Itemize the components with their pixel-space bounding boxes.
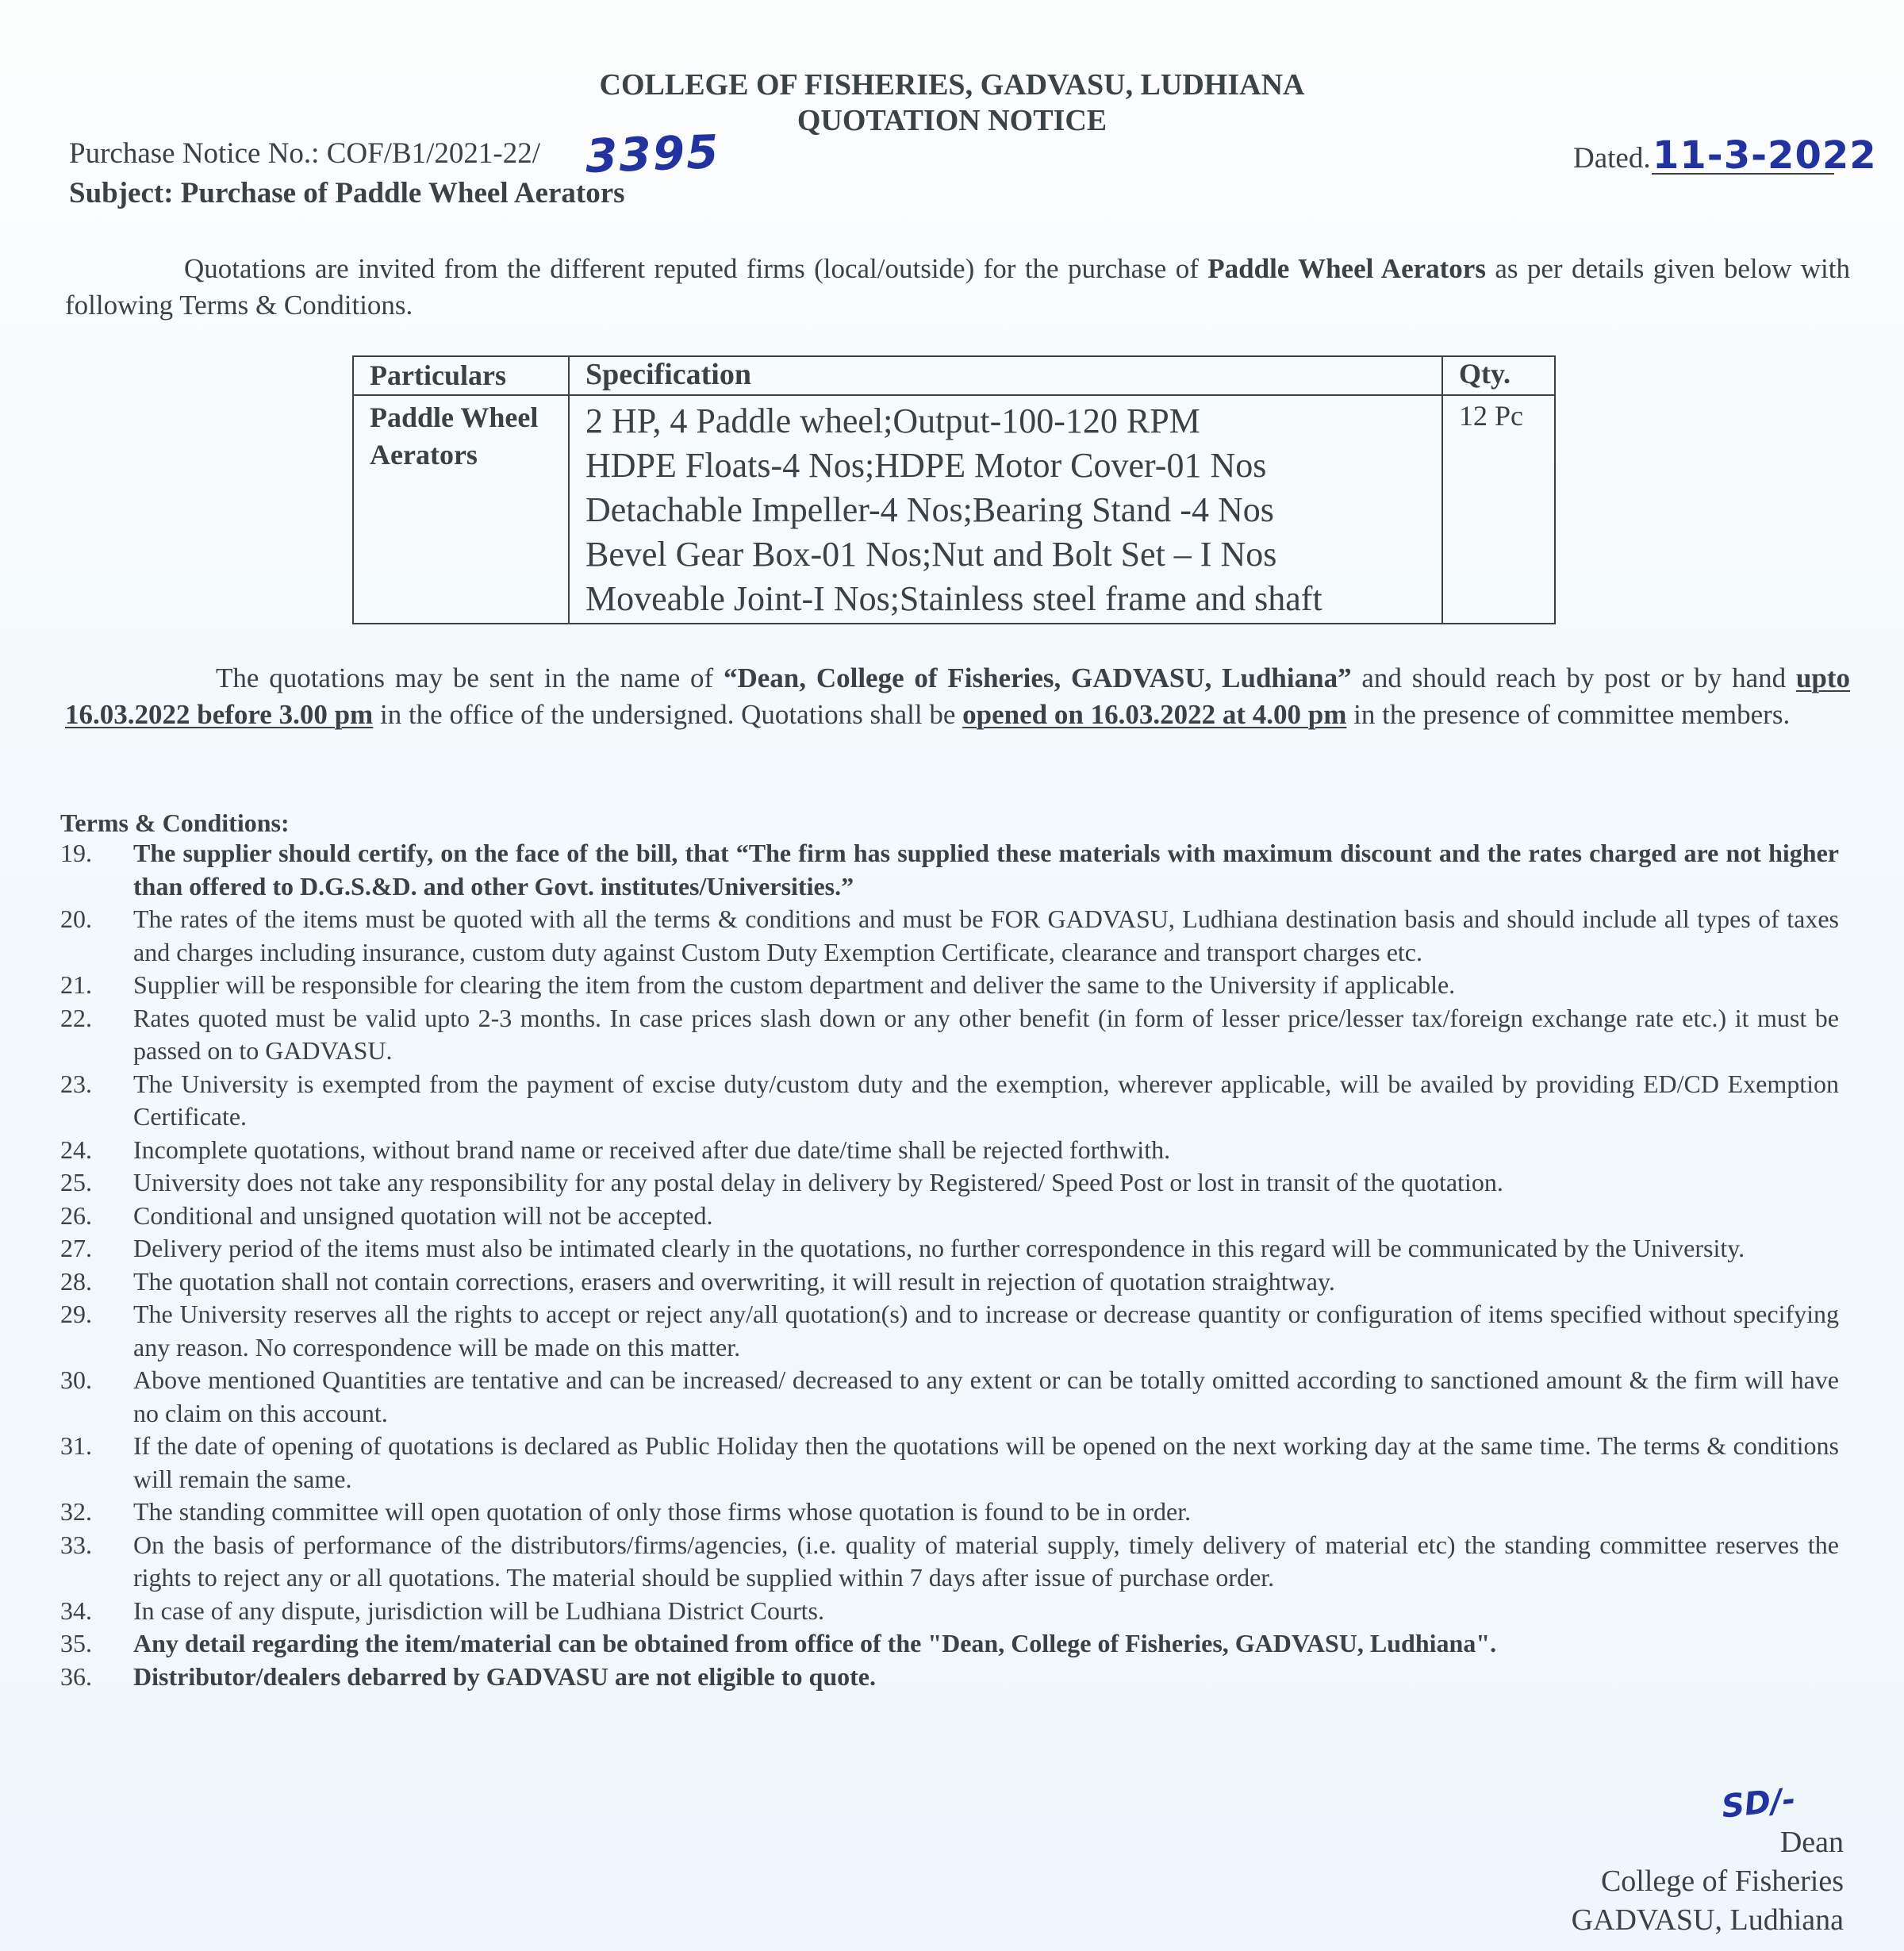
submission-text: in the presence of committee members. [1346,699,1790,730]
signatory-institution: GADVASU, Ludhiana [1572,1903,1844,1938]
term-text: Distributor/dealers debarred by GADVASU … [133,1662,876,1691]
term-text: Incomplete quotations, without brand nam… [133,1135,1170,1164]
term-text: If the date of opening of quotations is … [133,1431,1839,1493]
intro-paragraph: Quotations are invited from the differen… [65,251,1850,324]
term-text: On the basis of performance of the distr… [133,1530,1839,1592]
opening-datetime: opened on 16.03.2022 at 4.00 pm [962,699,1346,730]
term-item: 25.University does not take any responsi… [60,1166,1839,1200]
spec-line: Detachable Impeller-4 Nos;Bearing Stand … [585,488,1426,532]
term-number: 19. [60,837,92,870]
term-number: 33. [60,1529,92,1562]
term-item: 20.The rates of the items must be quoted… [60,903,1839,969]
signatory-title: Dean [1780,1825,1844,1860]
term-number: 30. [60,1364,92,1397]
institution-heading: COLLEGE OF FISHERIES, GADVASU, LUDHIANA [0,67,1904,102]
table-header-row: Particulars Specification Qty. [353,356,1555,395]
subject-line: Subject: Purchase of Paddle Wheel Aerato… [69,176,625,210]
addressee: “Dean, College of Fisheries, GADVASU, Lu… [724,662,1352,693]
header-specification: Specification [569,356,1442,395]
submission-text: and should reach by post or by hand [1352,662,1796,693]
header-particulars: Particulars [353,356,569,395]
term-item: 34.In case of any dispute, jurisdiction … [60,1595,1839,1628]
term-number: 26. [60,1200,92,1233]
term-number: 22. [60,1002,92,1035]
term-item: 19.The supplier should certify, on the f… [60,837,1839,903]
cell-particulars: Paddle Wheel Aerators [353,395,569,624]
cell-specification: 2 HP, 4 Paddle wheel;Output-100-120 RPM … [569,395,1442,624]
term-item: 22.Rates quoted must be valid upto 2-3 m… [60,1002,1839,1068]
terms-list: 19.The supplier should certify, on the f… [60,837,1839,1693]
term-text: The University reserves all the rights t… [133,1300,1839,1361]
term-number: 20. [60,903,92,936]
term-item: 27.Delivery period of the items must als… [60,1232,1839,1265]
submission-text: The quotations may be sent in the name o… [216,662,724,693]
term-item: 30.Above mentioned Quantities are tentat… [60,1364,1839,1430]
cell-qty: 12 Pc [1442,395,1555,624]
submission-paragraph: The quotations may be sent in the name o… [65,660,1850,733]
term-number: 25. [60,1166,92,1200]
specification-table: Particulars Specification Qty. Paddle Wh… [352,355,1556,624]
term-number: 29. [60,1298,92,1331]
term-item: 24.Incomplete quotations, without brand … [60,1134,1839,1167]
spec-line: 2 HP, 4 Paddle wheel;Output-100-120 RPM [585,399,1426,444]
term-text: In case of any dispute, jurisdiction wil… [133,1596,824,1625]
term-text: The standing committee will open quotati… [133,1497,1191,1526]
term-item: 36.Distributor/dealers debarred by GADVA… [60,1661,1839,1694]
term-item: 31.If the date of opening of quotations … [60,1430,1839,1496]
term-text: Above mentioned Quantities are tentative… [133,1365,1839,1427]
term-item: 28.The quotation shall not contain corre… [60,1265,1839,1299]
term-item: 35.Any detail regarding the item/materia… [60,1627,1839,1661]
notice-title: QUOTATION NOTICE [0,103,1904,138]
intro-text: Quotations are invited from the differen… [184,253,1207,284]
signatory-department: College of Fisheries [1601,1864,1844,1899]
term-item: 29.The University reserves all the right… [60,1298,1839,1364]
spec-line: Moveable Joint-I Nos;Stainless steel fra… [585,577,1426,621]
purchase-notice-number-label: Purchase Notice No.: COF/B1/2021-22/ [69,136,540,171]
term-number: 32. [60,1496,92,1529]
quotation-notice-page: COLLEGE OF FISHERIES, GADVASU, LUDHIANA … [0,0,1904,1951]
handwritten-date: 11-3-2022 [1653,133,1877,178]
table-row: Paddle Wheel Aerators 2 HP, 4 Paddle whe… [353,395,1555,624]
term-item: 21.Supplier will be responsible for clea… [60,969,1839,1002]
handwritten-notice-number: 3395 [585,125,721,183]
intro-item-name: Paddle Wheel Aerators [1207,253,1486,284]
term-text: Rates quoted must be valid upto 2-3 mont… [133,1004,1839,1066]
spec-line: HDPE Floats-4 Nos;HDPE Motor Cover-01 No… [585,444,1426,488]
dated-label: Dated. [1573,141,1651,175]
term-text: Supplier will be responsible for clearin… [133,970,1455,999]
term-number: 24. [60,1134,92,1167]
term-text: Delivery period of the items must also b… [133,1234,1745,1262]
submission-text: in the office of the undersigned. Quotat… [373,699,962,730]
term-item: 23.The University is exempted from the p… [60,1068,1839,1134]
terms-heading: Terms & Conditions: [60,808,290,838]
term-text: Conditional and unsigned quotation will … [133,1201,713,1230]
term-text: The rates of the items must be quoted wi… [133,904,1839,966]
handwritten-signature: SD/- [1720,1781,1798,1825]
term-number: 27. [60,1232,92,1265]
term-item: 26.Conditional and unsigned quotation wi… [60,1200,1839,1233]
term-text: The quotation shall not contain correcti… [133,1267,1335,1296]
spec-line: Bevel Gear Box-01 Nos;Nut and Bolt Set –… [585,532,1426,577]
header-qty: Qty. [1442,356,1555,395]
term-number: 31. [60,1430,92,1463]
term-number: 28. [60,1265,92,1299]
term-number: 23. [60,1068,92,1101]
term-text: The supplier should certify, on the face… [133,839,1839,901]
term-number: 21. [60,969,92,1002]
term-item: 32.The standing committee will open quot… [60,1496,1839,1529]
term-text: The University is exempted from the paym… [133,1070,1839,1131]
term-text: Any detail regarding the item/material c… [133,1629,1496,1657]
term-item: 33.On the basis of performance of the di… [60,1529,1839,1595]
term-number: 35. [60,1627,92,1661]
term-number: 34. [60,1595,92,1628]
term-text: University does not take any responsibil… [133,1168,1503,1196]
term-number: 36. [60,1661,92,1694]
